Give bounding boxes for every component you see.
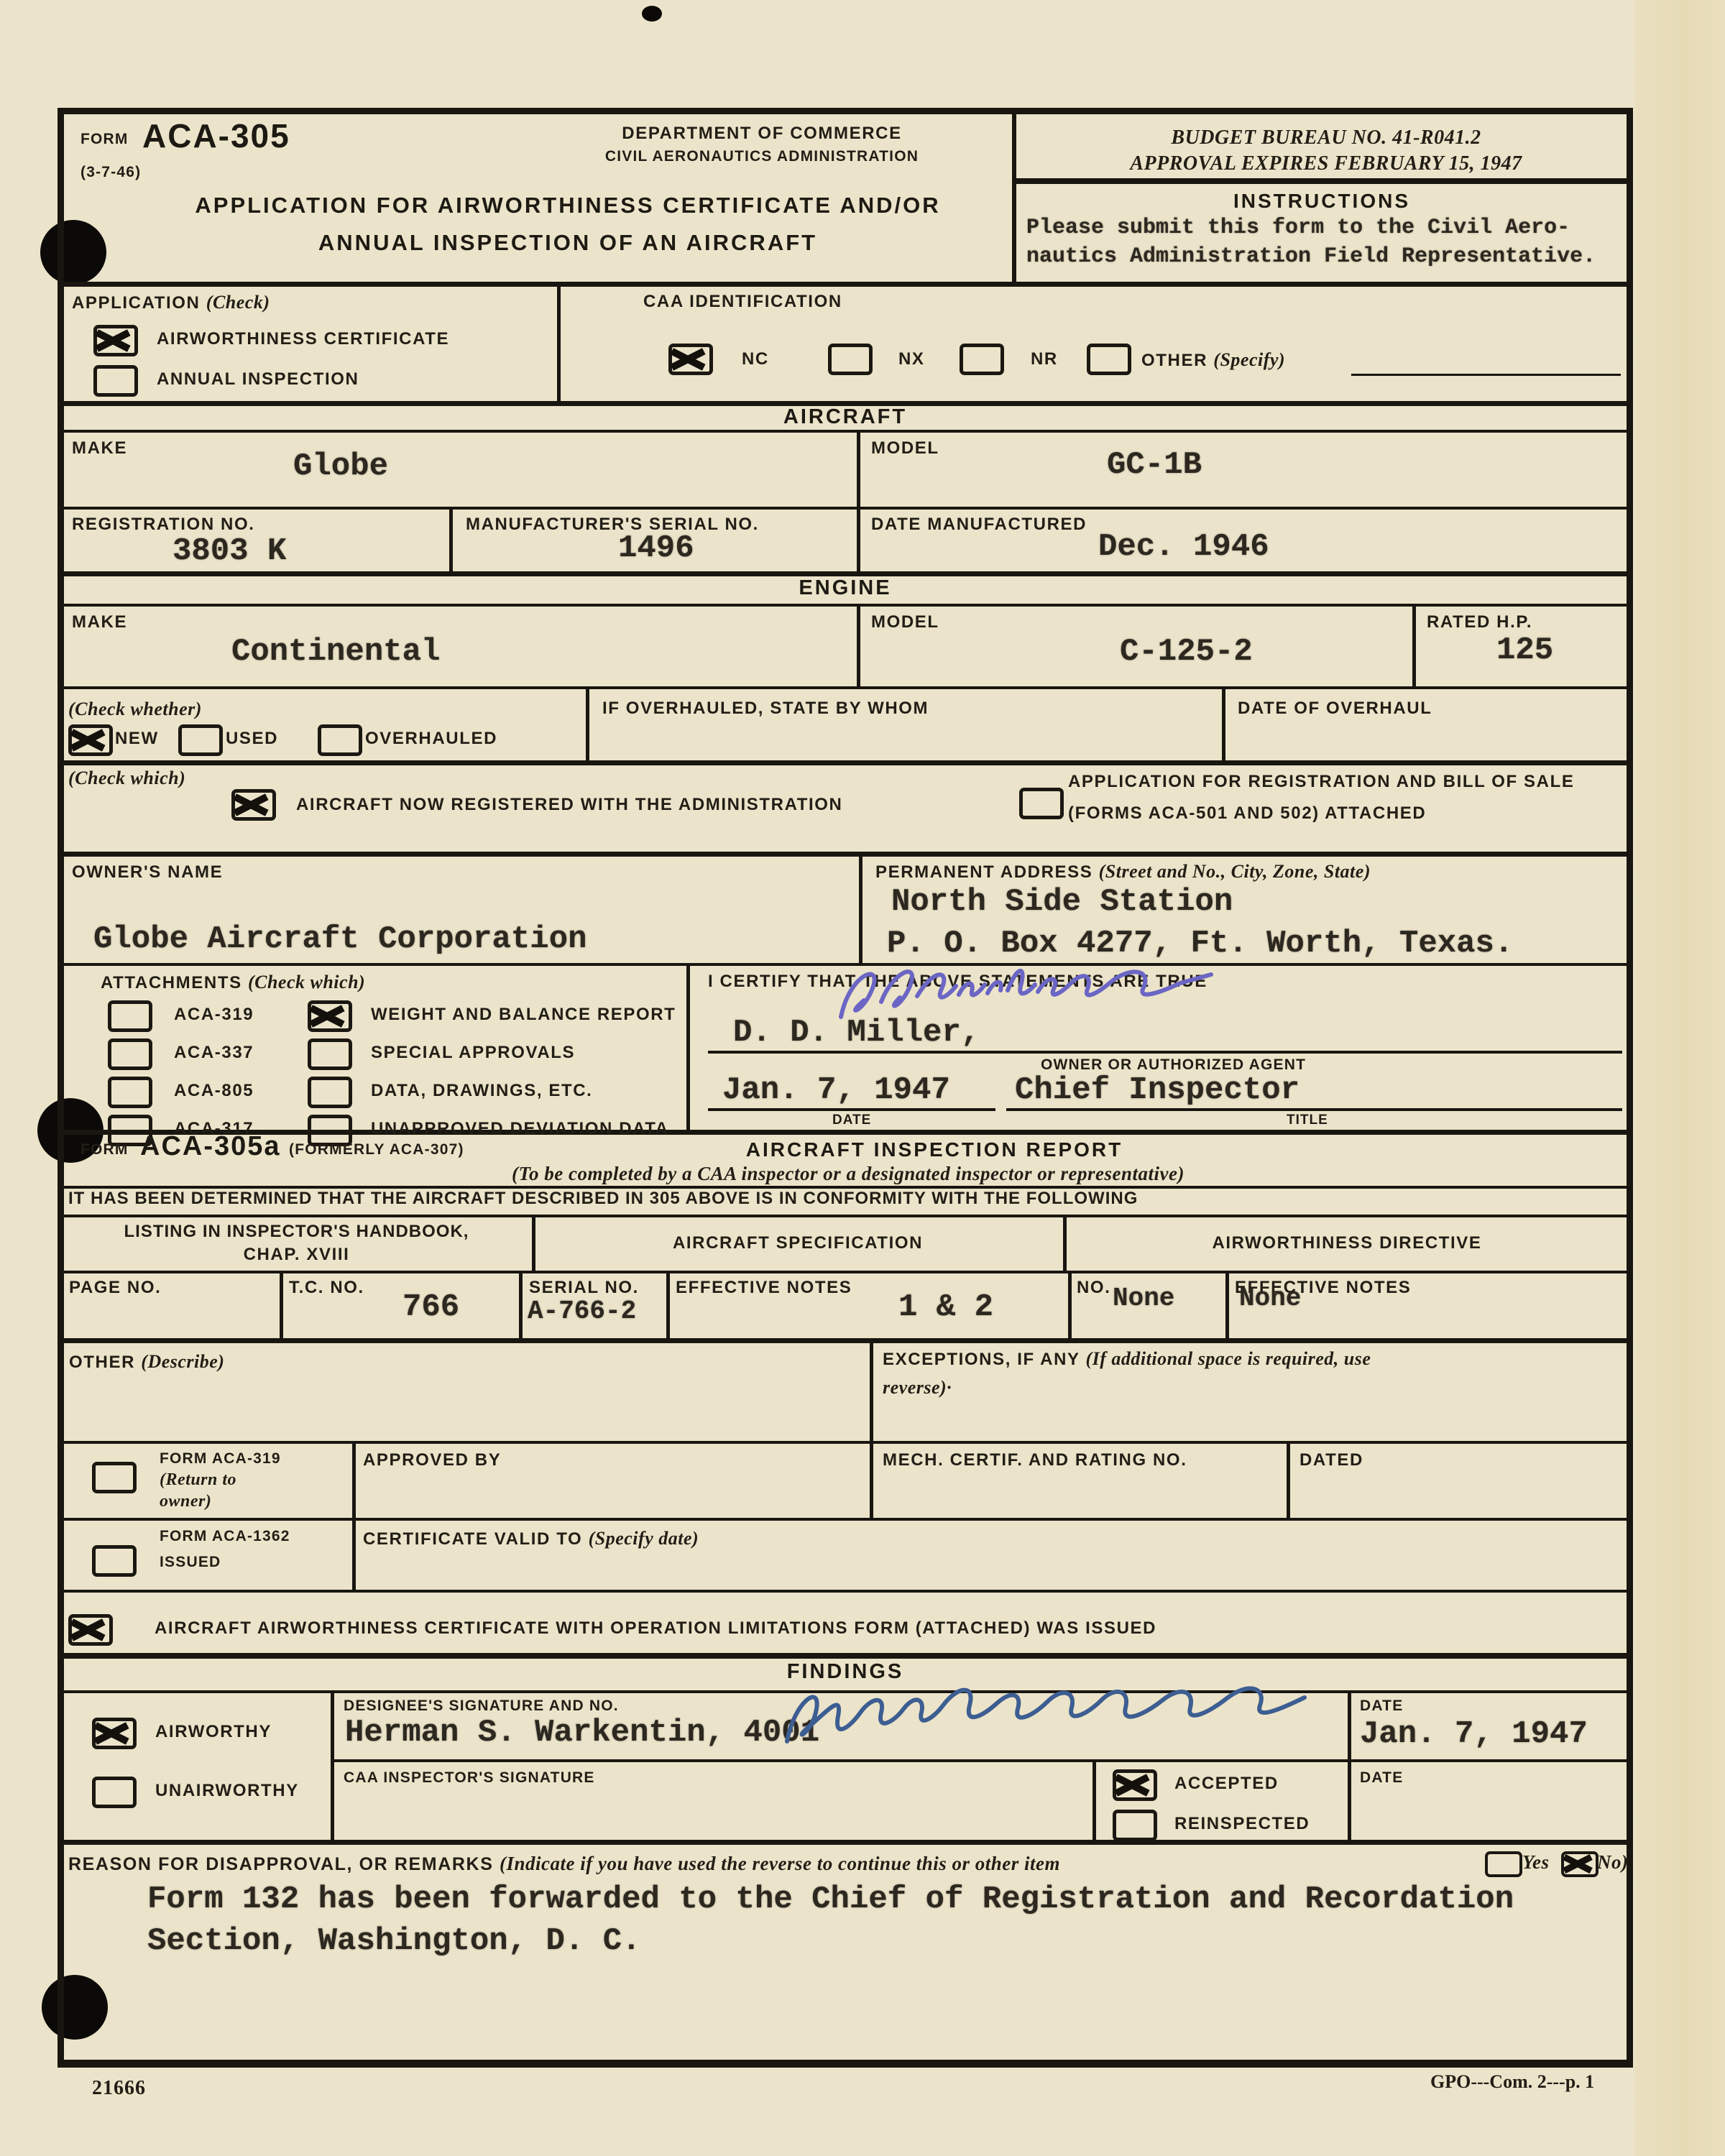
check-which-label: (Check which): [68, 768, 185, 789]
airworthiness-certificate-label: AIRWORTHINESS CERTIFICATE: [157, 329, 449, 349]
divider: [280, 1271, 283, 1338]
other-label-text: OTHER: [1141, 351, 1207, 370]
form-319-italic2: owner): [160, 1492, 211, 1511]
remarks-line1: Form 132 has been forwarded to the Chief…: [147, 1881, 1514, 1917]
reason-label-italic: (Indicate if you have used the reverse t…: [500, 1853, 1060, 1874]
bill-of-sale-line1: APPLICATION FOR REGISTRATION AND BILL OF…: [1068, 772, 1574, 792]
nc-checkbox: [668, 344, 713, 375]
divider: [57, 1653, 1633, 1659]
instructions-line1: Please submit this form to the Civil Aer…: [1026, 216, 1570, 240]
form-1362-issued-word: ISSUED: [160, 1554, 221, 1571]
divider: [449, 507, 453, 571]
reason-yes-checkbox: [1485, 1851, 1522, 1877]
new-checkbox: [68, 724, 113, 756]
designee-signature-label: DESIGNEE'S SIGNATURE AND NO.: [344, 1697, 619, 1715]
application-label-italic: (Check): [206, 292, 270, 313]
divider: [331, 1690, 334, 1840]
certify-title-label: TITLE: [1287, 1112, 1328, 1128]
serial-no-value: A-766-2: [528, 1296, 636, 1326]
form-319-label: FORM ACA-319: [160, 1450, 281, 1468]
designee-typed-name: Herman S. Warkentin, 4001: [345, 1715, 819, 1751]
registered-checkbox: [231, 789, 276, 821]
engine-model-value: C-125-2: [1120, 634, 1253, 670]
tc-no-value: 766: [402, 1289, 459, 1325]
overhaul-date-label: DATE OF OVERHAUL: [1238, 699, 1432, 719]
budget-bureau-line2: APPROVAL EXPIRES FEBRUARY 15, 1947: [1028, 152, 1624, 175]
divider: [870, 1441, 873, 1518]
certify-typed-name: D. D. Miller,: [733, 1015, 980, 1051]
divider: [1068, 1271, 1072, 1338]
divider: [1012, 178, 1631, 184]
permanent-address-label: PERMANENT ADDRESS (Street and No., City,…: [875, 861, 1371, 883]
report-form-number: ACA-305a: [140, 1131, 281, 1162]
application-label: APPLICATION (Check): [72, 292, 270, 313]
divider: [57, 760, 1633, 765]
airworthiness-directive-col: AIRWORTHINESS DIRECTIVE: [1067, 1233, 1627, 1253]
data-drawings-label: DATA, DRAWINGS, ETC.: [371, 1081, 592, 1101]
divider: [57, 1840, 1633, 1845]
divider: [57, 1338, 1633, 1343]
bill-of-sale-line2: (FORMS ACA-501 AND 502) ATTACHED: [1068, 803, 1426, 824]
punch-hole-top: [40, 220, 106, 285]
certificate-valid-label: CERTIFICATE VALID TO (Specify date): [363, 1528, 699, 1549]
serial-no-label: SERIAL NO.: [529, 1278, 639, 1298]
overhauled-label: OVERHAULED: [365, 729, 497, 749]
nr-checkbox: [960, 344, 1004, 375]
serial-value: 1496: [618, 530, 694, 566]
annual-inspection-label: ANNUAL INSPECTION: [157, 369, 359, 390]
aca-319-label: ACA-319: [174, 1005, 254, 1025]
divider: [1348, 1690, 1351, 1840]
divider: [519, 1271, 523, 1338]
effective-notes-value: 1 & 2: [898, 1289, 993, 1325]
approved-by-label: APPROVED BY: [363, 1450, 501, 1470]
weight-balance-label: WEIGHT AND BALANCE REPORT: [371, 1005, 676, 1025]
aca-805-checkbox: [108, 1077, 152, 1108]
owner-name-label: OWNER'S NAME: [72, 862, 223, 883]
footer-print-number: 21666: [92, 2077, 146, 2100]
registration-label: REGISTRATION NO.: [72, 515, 255, 535]
form-word: FORM: [80, 131, 129, 148]
aircraft-model-value: GC-1B: [1107, 447, 1202, 483]
airworthiness-issued-label: AIRCRAFT AIRWORTHINESS CERTIFICATE WITH …: [155, 1618, 1156, 1639]
address-label-text: PERMANENT ADDRESS: [875, 862, 1092, 882]
instructions-line2: nautics Administration Field Representat…: [1026, 244, 1596, 269]
exceptions-text: EXCEPTIONS, IF ANY: [883, 1350, 1080, 1369]
divider: [57, 1590, 1633, 1593]
reinspected-label: REINSPECTED: [1174, 1814, 1310, 1834]
unairworthy-label: UNAIRWORTHY: [155, 1781, 299, 1801]
form-title-line1: APPLICATION FOR AIRWORTHINESS CERTIFICAT…: [122, 193, 1013, 218]
caa-inspector-signature-label: CAA INSPECTOR'S SIGNATURE: [344, 1769, 595, 1787]
nc-label: NC: [742, 349, 769, 369]
address-label-italic: (Street and No., City, Zone, State): [1099, 861, 1371, 882]
page-no-label: PAGE NO.: [69, 1278, 161, 1298]
report-formerly: (FORMERLY ACA-307): [289, 1141, 464, 1158]
divider: [859, 852, 862, 963]
registration-value: 3803 K: [172, 533, 286, 569]
aircraft-make-label: MAKE: [72, 438, 127, 459]
aca-805-label: ACA-805: [174, 1081, 254, 1101]
certificate-valid-italic: (Specify date): [589, 1528, 699, 1549]
divider: [1092, 1759, 1096, 1840]
divider: [586, 686, 589, 760]
findings-date-value: Jan. 7, 1947: [1360, 1716, 1588, 1752]
nr-label: NR: [1031, 349, 1058, 369]
check-whether-label: (Check whether): [68, 699, 202, 720]
serial-label: MANUFACTURER'S SERIAL NO.: [466, 515, 759, 535]
special-approvals-label: SPECIAL APPROVALS: [371, 1043, 575, 1063]
title-line: [1006, 1108, 1622, 1111]
date-manufactured-value: Dec. 1946: [1098, 529, 1269, 565]
divider: [1412, 604, 1416, 686]
overhauled-by-label: IF OVERHAULED, STATE BY WHOM: [602, 699, 929, 719]
exceptions-label: EXCEPTIONS, IF ANY (If additional space …: [883, 1348, 1371, 1370]
form-1362-label: FORM ACA-1362: [160, 1528, 290, 1545]
date-line: [708, 1108, 995, 1111]
other-label-italic: (Specify): [1213, 349, 1285, 370]
rated-hp-value: 125: [1496, 632, 1553, 668]
ad-no-label: NO.: [1077, 1278, 1110, 1298]
airworthiness-issued-checkbox: [68, 1614, 113, 1646]
nx-checkbox: [828, 344, 873, 375]
other-label: OTHER (Specify): [1141, 349, 1285, 371]
engine-section-title: ENGINE: [57, 576, 1633, 600]
reinspected-checkbox: [1113, 1810, 1157, 1841]
findings-date2-label: DATE: [1360, 1769, 1403, 1787]
divider: [666, 1271, 670, 1338]
paper-edge-streak: [1717, 0, 1719, 2156]
form-319-checkbox: [92, 1462, 137, 1493]
nx-label: NX: [898, 349, 925, 369]
aircraft-model-label: MODEL: [871, 438, 939, 459]
divider: [857, 507, 860, 571]
dated-label: DATED: [1299, 1450, 1363, 1470]
divider: [57, 1215, 1633, 1217]
address-line1: North Side Station: [891, 884, 1233, 920]
divider: [857, 604, 860, 686]
engine-make-value: Continental: [231, 634, 440, 670]
divider: [686, 963, 690, 1130]
airworthy-checkbox: [92, 1718, 137, 1749]
overhauled-checkbox: [318, 724, 362, 756]
divider: [57, 604, 1633, 607]
other-describe-text: OTHER: [69, 1353, 135, 1372]
accepted-checkbox: [1113, 1769, 1157, 1801]
ad-effective-notes-value: None: [1239, 1284, 1301, 1313]
unairworthy-checkbox: [92, 1777, 137, 1808]
new-label: NEW: [115, 729, 159, 749]
divider: [870, 1338, 873, 1441]
divider: [57, 282, 1633, 287]
data-drawings-checkbox: [308, 1077, 352, 1108]
ink-spot: [642, 6, 662, 22]
aircraft-make-value: Globe: [293, 448, 388, 484]
used-checkbox: [178, 724, 223, 756]
certify-date-label: DATE: [832, 1112, 871, 1128]
aircraft-spec-col: AIRCRAFT SPECIFICATION: [535, 1233, 1060, 1253]
findings-date-label: DATE: [1360, 1697, 1403, 1715]
form-number: ACA-305: [142, 116, 290, 155]
engine-make-label: MAKE: [72, 612, 127, 632]
signature-line: [708, 1051, 1622, 1054]
reason-no-checkbox: [1561, 1851, 1598, 1877]
divider: [57, 571, 1633, 576]
footer-gpo: GPO---Com. 2---p. 1: [1430, 2071, 1594, 2093]
airworthy-label: AIRWORTHY: [155, 1722, 272, 1742]
budget-bureau-line1: BUDGET BUREAU NO. 41-R041.2: [1028, 126, 1624, 149]
bill-of-sale-checkbox: [1019, 788, 1064, 819]
registered-label: AIRCRAFT NOW REGISTERED WITH THE ADMINIS…: [296, 795, 843, 815]
divider: [857, 430, 860, 507]
remarks-line2: Section, Washington, D. C.: [147, 1923, 641, 1959]
aca-319-checkbox: [108, 1000, 152, 1032]
attachments-label-italic: (Check which): [248, 972, 365, 992]
used-label: USED: [226, 729, 278, 749]
exceptions-italic2: reverse)·: [883, 1377, 952, 1399]
divider: [57, 1518, 1633, 1521]
mech-certif-label: MECH. CERTIF. AND RATING NO.: [883, 1450, 1187, 1470]
form-title-line2: ANNUAL INSPECTION OF AN AIRCRAFT: [122, 230, 1013, 256]
engine-model-label: MODEL: [871, 612, 939, 632]
divider: [57, 1130, 1633, 1135]
tc-no-label: T.C. NO.: [289, 1278, 364, 1298]
divider: [57, 507, 1633, 510]
certify-title-value: Chief Inspector: [1015, 1072, 1299, 1108]
form-1362-checkbox: [92, 1545, 137, 1577]
other-checkbox: [1087, 344, 1131, 375]
agent-label: OWNER OR AUTHORIZED AGENT: [1041, 1056, 1306, 1074]
form-319-italic1: (Return to: [160, 1470, 236, 1490]
handbook-col-line1: LISTING IN INSPECTOR'S HANDBOOK,: [65, 1222, 528, 1242]
reason-yes-label: Yes: [1522, 1851, 1550, 1874]
punch-hole-bottom: [42, 1975, 108, 2040]
rated-hp-label: RATED H.P.: [1427, 612, 1532, 632]
handbook-col-line2: CHAP. XVIII: [65, 1245, 528, 1265]
other-describe-label: OTHER (Describe): [69, 1351, 224, 1373]
application-label-text: APPLICATION: [72, 293, 201, 313]
divider: [57, 430, 1633, 433]
divider: [352, 1441, 356, 1590]
aca-337-label: ACA-337: [174, 1043, 254, 1063]
form-date: (3-7-46): [80, 164, 141, 181]
designee-signature-script: [776, 1673, 1322, 1759]
scanned-form-page: FORM ACA-305 (3-7-46) DEPARTMENT OF COMM…: [0, 0, 1725, 2156]
divider: [331, 1759, 1633, 1762]
aca-337-checkbox: [108, 1038, 152, 1070]
divider: [57, 1271, 1633, 1273]
unapproved-deviation-label: UNAPPROVED DEVIATION DATA: [371, 1119, 669, 1139]
exceptions-italic1: (If additional space is required, use: [1085, 1348, 1371, 1369]
divider: [557, 282, 561, 401]
certificate-valid-text: CERTIFICATE VALID TO: [363, 1529, 582, 1549]
report-form-word: FORM: [80, 1141, 129, 1158]
divider: [1225, 1271, 1229, 1338]
reason-label-text: REASON FOR DISAPPROVAL, OR REMARKS: [68, 1854, 500, 1874]
divider: [1222, 686, 1225, 760]
divider: [57, 852, 1633, 857]
effective-notes-label: EFFECTIVE NOTES: [676, 1278, 852, 1298]
aircraft-section-title: AIRCRAFT: [57, 405, 1633, 429]
special-approvals-checkbox: [308, 1038, 352, 1070]
accepted-label: ACCEPTED: [1174, 1774, 1279, 1794]
instructions-title: INSTRUCTIONS: [1016, 190, 1627, 213]
report-subtitle: (To be completed by a CAA inspector or a…: [201, 1163, 1495, 1185]
report-title: AIRCRAFT INSPECTION REPORT: [575, 1138, 1294, 1161]
caa-identification-label: CAA IDENTIFICATION: [643, 292, 842, 312]
other-specify-line: [1351, 374, 1621, 376]
reason-no-label: No): [1597, 1851, 1629, 1874]
other-describe-italic: (Describe): [141, 1351, 224, 1372]
annual-inspection-checkbox: [93, 365, 138, 397]
certify-date-value: Jan. 7, 1947: [722, 1072, 950, 1108]
divider: [57, 1441, 1633, 1444]
attachments-label: ATTACHMENTS (Check which): [101, 972, 365, 993]
dept-line1: DEPARTMENT OF COMMERCE: [517, 124, 1006, 144]
border-bottom: [57, 2060, 1633, 2068]
reason-label: REASON FOR DISAPPROVAL, OR REMARKS (Indi…: [68, 1853, 1060, 1875]
divider: [57, 686, 1633, 689]
airworthiness-certificate-checkbox: [93, 325, 138, 356]
attachments-label-text: ATTACHMENTS: [101, 973, 242, 992]
dept-line2: CIVIL AERONAUTICS ADMINISTRATION: [517, 148, 1006, 165]
divider: [1287, 1441, 1290, 1518]
border-top: [57, 108, 1633, 114]
date-manufactured-label: DATE MANUFACTURED: [871, 515, 1087, 535]
ad-no-value: None: [1113, 1284, 1174, 1313]
owner-name-value: Globe Aircraft Corporation: [93, 921, 587, 957]
determination-statement: IT HAS BEEN DETERMINED THAT THE AIRCRAFT…: [68, 1189, 1138, 1209]
weight-balance-checkbox: [308, 1000, 352, 1032]
